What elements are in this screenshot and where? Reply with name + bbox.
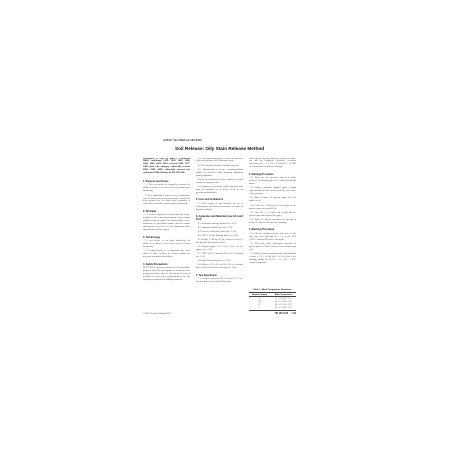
heading-principle: 2. Principle (143, 210, 190, 213)
para-4-4: 4.4 An eyewash/safety shower should be l… (196, 179, 243, 185)
para-3-2: 3.2 wetting agent, n.—a surfactant that,… (143, 250, 190, 259)
column-1: Developed in 1967 by AATCC Committee RA5… (143, 158, 190, 311)
para-6-9: 6.9 Ballast of 92 x 92 cm (36 x 36 in.) … (196, 264, 243, 270)
document-page: AATCC Test Method 130-2010 Soil Release:… (143, 139, 296, 315)
para-2-1: 2.1 A stain is applied to a test specime… (143, 214, 190, 232)
para-6-5: 6.5 Weight, 2.268 kg (5.0 lb), with a 6.… (196, 239, 243, 245)
para-8-6: 8.6 Wash the stained specimens as direct… (249, 219, 296, 225)
footer-page-number: 213 (292, 313, 296, 315)
para-7-1-continued: mens with an indelible marker to identif… (249, 158, 296, 170)
footer-method-number: TM 130-2010 (274, 313, 288, 315)
para-7-1: 7.1 Cut three specimens 38 x 38 cm (15 x… (196, 278, 243, 284)
heading-purpose-scope: 1. Purpose and Scope (143, 180, 190, 183)
para-9-2: 9.2 Select the wash temperature specifie… (249, 243, 296, 252)
page-footer: AATCC Technical Manual/2015 TM 130-2010 … (143, 313, 296, 315)
para-6-7: 6.7 1993 AATCC Standard Reference Deterg… (196, 253, 243, 259)
heading-test-specimens: 7. Test Specimens (196, 274, 243, 277)
table-row: V 60 ± 3°C (140 ± 5°F) (249, 306, 296, 310)
footer-manual-title: AATCC Technical Manual/2015 (143, 313, 171, 315)
para-1-1: 1.1 This test method is designed to meas… (143, 184, 190, 193)
para-8-5: 8.5 After 60 ± 5 s remove the weight and… (249, 212, 296, 218)
para-8-1: 8.1 Place the test specimen flat on a si… (249, 177, 296, 186)
text-columns: Developed in 1967 by AATCC Committee RA5… (143, 158, 296, 311)
para-3-1: 3.1 soil release, n.—in home laundering,… (143, 240, 190, 249)
para-9-1: 9.1 Fill the washing machine with water … (249, 233, 296, 242)
para-1-2: 1.2 It is applicable to fabrics of any c… (143, 195, 190, 207)
wash-temperature-table: Table I—Wash Temperature Selections Mach… (249, 289, 296, 310)
para-6-2: 6.2 Automatic tumble dryer (see 13.3). (196, 227, 243, 230)
cell-temp-4: 60 ± 3°C (140 ± 5°F) (271, 306, 296, 310)
development-history: Developed in 1967 by AATCC Committee RA5… (143, 158, 190, 176)
table: Machine Setting Wash Temperature II 27 ±… (249, 292, 296, 310)
para-9-3: 9.3 Add the stained specimens and enough… (249, 253, 296, 265)
heading-uses-limitations: 5. Uses and Limitations (196, 198, 243, 201)
document-page-canvas: AATCC Test Method 130-2010 Soil Release:… (0, 0, 458, 458)
para-4-1: 4.1 Good laboratory practices should be … (196, 158, 243, 164)
heading-apparatus-materials: 6. Apparatus and Materials (see 13.1 and… (196, 215, 243, 221)
method-number-header: AATCC Test Method 130-2010 (163, 139, 296, 142)
column-2: 4.1 Good laboratory practices should be … (196, 158, 243, 311)
para-4-5: 4.5 Exposure to chemicals used in this p… (196, 186, 243, 195)
para-5-1: 5.1 This method is not intended for use … (196, 203, 243, 212)
para-8-4: 8.4 Center the 2.268 kg (5.0 lb) weight … (249, 205, 296, 211)
table-caption: Table I—Wash Temperature Selections (249, 289, 296, 291)
para-8-2: 8.2 Using a medicine dropper, place 5 dr… (249, 187, 296, 196)
para-6-1: 6.1 Automatic washing machine (see 13.3)… (196, 223, 243, 226)
heading-washing-procedure: 9. Washing Procedure (249, 228, 296, 231)
para-6-6: 6.6 Glassine paper, 7.6 x 7.6 cm (3.0 x … (196, 246, 243, 252)
heading-terminology: 3. Terminology (143, 236, 190, 239)
para-6-4: 6.4 AATCC Textile Blotting Paper (see 13… (196, 235, 243, 238)
footer-right: TM 130-2010 213 (274, 313, 296, 315)
para-6-3: 6.3 Corn oil, artificially colored (see … (196, 231, 243, 234)
para-4-3: 4.3 Manufacturer's safety recommendation… (196, 169, 243, 178)
para-6-8: 6.8 Stain Release Replica (see 13.4). (196, 260, 243, 263)
page-title: Soil Release: Oily Stain Release Method (143, 146, 296, 151)
heading-staining-procedure: 8. Staining Procedure (249, 173, 296, 176)
cell-setting-4: V (249, 306, 271, 310)
safety-note: NOTE: These safety precautions are for i… (143, 267, 190, 282)
para-4-2: 4.2 All chemicals should be handled with… (196, 165, 243, 168)
heading-safety-precautions: 4. Safety Precautions (143, 263, 190, 266)
column-3: mens with an indelible marker to identif… (249, 158, 296, 311)
para-8-3: 8.3 Place a square of glassine paper ove… (249, 197, 296, 203)
